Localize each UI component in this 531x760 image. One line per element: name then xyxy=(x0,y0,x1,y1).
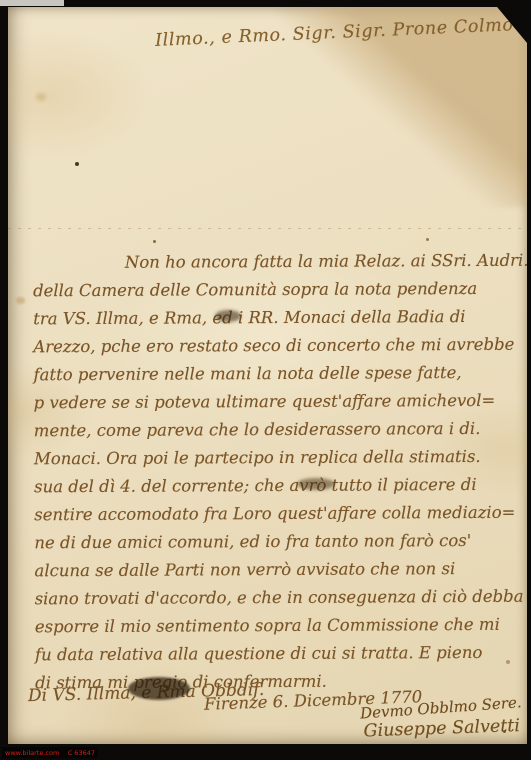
body-line: mente, come pareva che lo desiderassero … xyxy=(34,415,516,446)
body-line: siano trovati d'accordo, e che in conseg… xyxy=(35,583,517,614)
body-line: Arezzo, pche ero restato seco di concert… xyxy=(33,331,515,362)
body-line: fu data relativa alla questione di cui s… xyxy=(35,639,517,670)
watermark-code: C 63647 xyxy=(68,749,95,757)
body-line: ne di due amici comuni, ed io fra tanto … xyxy=(34,527,516,558)
body-line: tra VS. Illma, e Rma, ed i RR. Monaci de… xyxy=(33,303,515,334)
body-line: alcuna se dalle Parti non verrò avvisato… xyxy=(34,555,516,586)
fold-crease xyxy=(8,228,527,229)
foxing-spot xyxy=(426,238,429,241)
foxing-spot xyxy=(36,93,46,101)
body-line: esporre il mio sentimento sopra la Commi… xyxy=(35,611,517,642)
body-line: della Camera delle Comunità sopra la not… xyxy=(33,275,515,306)
body-line: p vedere se si poteva ultimare quest'aff… xyxy=(34,387,516,418)
foxing-spot xyxy=(153,240,156,243)
body-line: fatto pervenire nelle mani la nota delle… xyxy=(33,359,515,390)
scanner-edge-artifact xyxy=(0,0,64,6)
foxing-spot xyxy=(16,297,25,304)
body-line: Non ho ancora fatta la mia Relaz. ai SSr… xyxy=(33,247,515,278)
foxing-spot xyxy=(75,162,79,166)
body-line: sentire accomodato fra Loro quest'affare… xyxy=(34,499,516,530)
body-line: Monaci. Ora poi le partecipo in replica … xyxy=(34,443,516,474)
letter-page: Illmo., e Rmo. Sigr. Sigr. Prone Colmo N… xyxy=(8,7,527,744)
letter-body: Non ho ancora fatta la mia Relaz. ai SSr… xyxy=(33,247,517,698)
body-line: sua del dì 4. del corrente; che avrò tut… xyxy=(34,471,516,502)
watermark-bar: www.bilarte.com C 63647 xyxy=(2,747,98,758)
watermark-site: www.bilarte.com xyxy=(5,749,59,757)
salutation-line: Illmo., e Rmo. Sigr. Sigr. Prone Colmo xyxy=(155,15,514,51)
